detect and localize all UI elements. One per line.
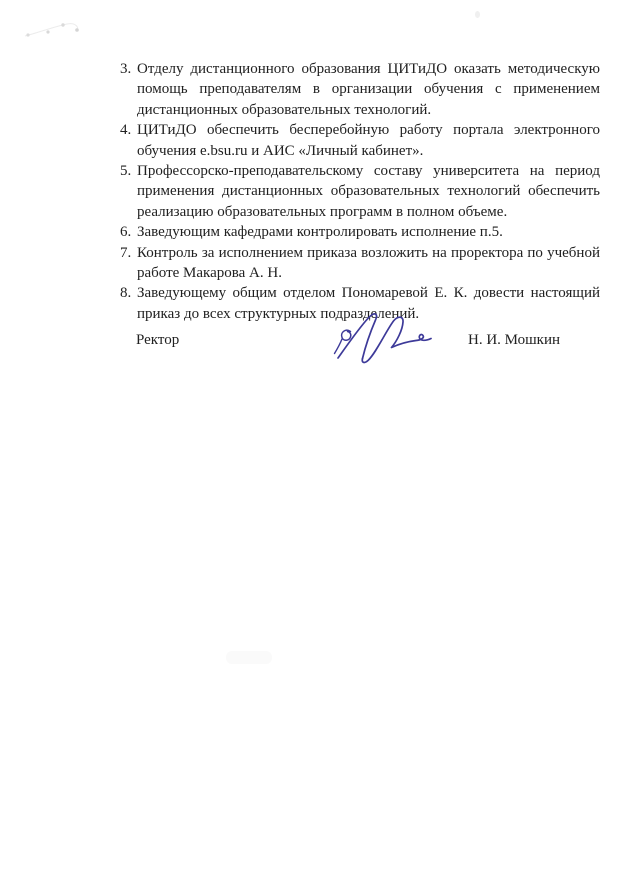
scan-smudge [226,651,272,664]
item-text: Отделу дистанционного образования ЦИТиДО… [137,61,600,118]
scan-speck [475,11,480,18]
item-text: ЦИТиДО обеспечить бесперебойную работу п… [137,122,600,158]
list-item: 4.ЦИТиДО обеспечить бесперебойную работу… [120,120,600,161]
list-item: 6.Заведующим кафедрами контролировать ис… [120,222,600,242]
scanned-document-page: 3.Отделу дистанционного образования ЦИТи… [0,0,630,879]
handwritten-signature-icon [320,307,435,377]
item-number: 5. [120,161,131,181]
list-item: 3.Отделу дистанционного образования ЦИТи… [120,59,600,120]
item-text: Контроль за исполнением приказа возложит… [137,245,600,281]
list-item: 7.Контроль за исполнением приказа возлож… [120,243,600,284]
order-list: 3.Отделу дистанционного образования ЦИТи… [120,59,600,324]
list-item: 5.Профессорско-преподавательскому состав… [120,161,600,222]
item-number: 7. [120,243,131,263]
item-number: 3. [120,59,131,79]
signature-role-label: Ректор [136,332,179,349]
item-number: 6. [120,222,131,242]
item-number: 4. [120,120,131,140]
item-text: Профессорско-преподавательскому составу … [137,163,600,220]
item-text: Заведующим кафедрами контролировать испо… [137,224,503,240]
pencil-scribble-marks [5,10,95,50]
signer-name: Н. И. Мошкин [468,332,560,349]
item-number: 8. [120,283,131,303]
